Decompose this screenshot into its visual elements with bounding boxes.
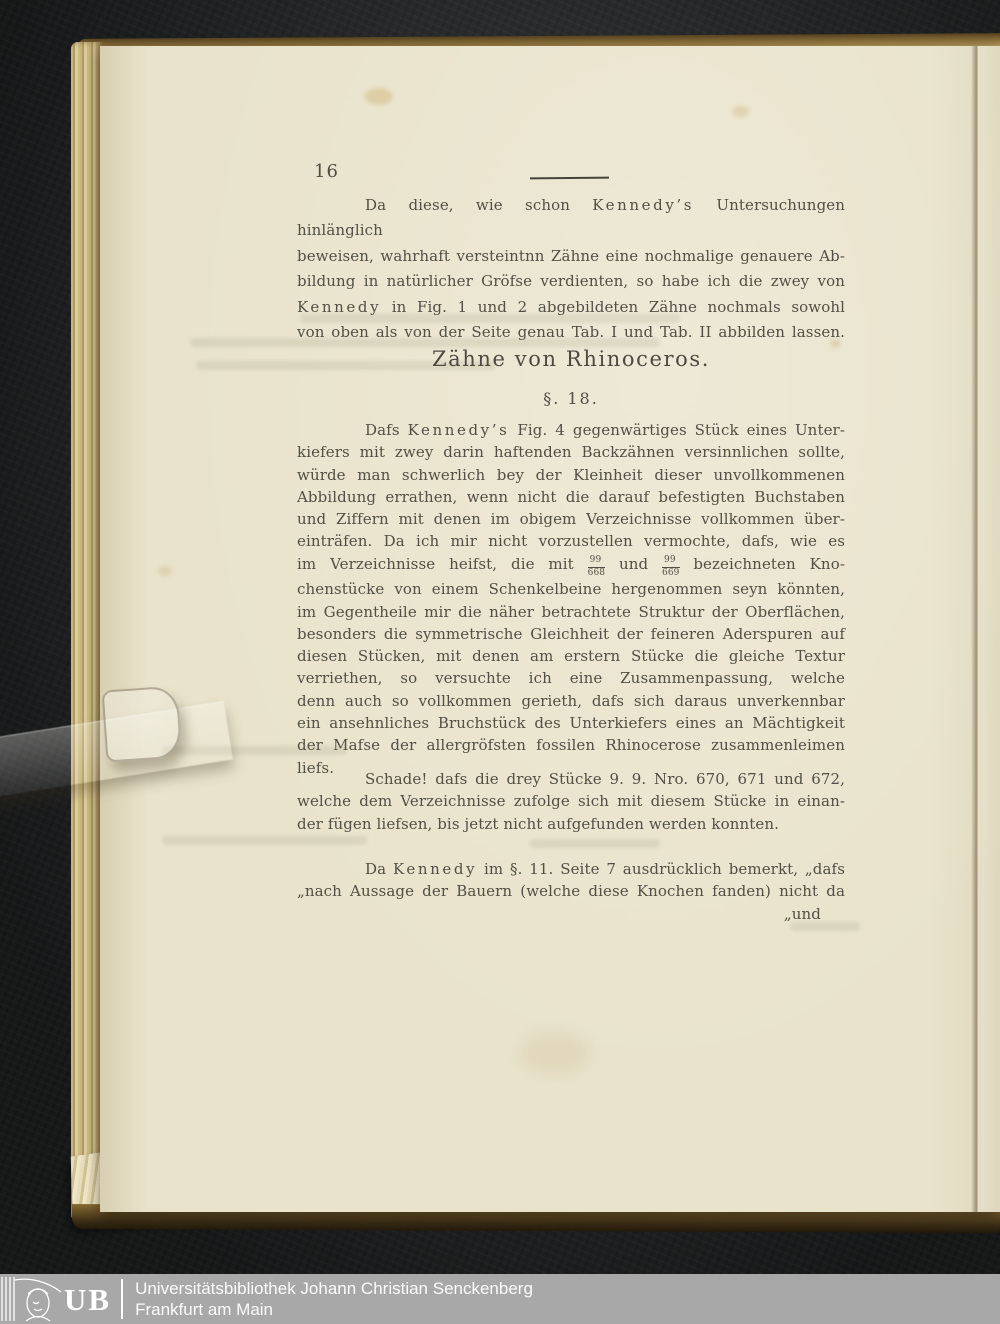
text-line: Abbildung errathen, wenn nicht die darau…: [297, 486, 845, 508]
text-line: verriethen, so versuchte ich eine Zusamm…: [297, 667, 845, 689]
catalog-fraction: 99669: [662, 556, 679, 578]
page-stain: [732, 106, 749, 117]
text-line: Kennedy in Fig. 1 und 2 abgebildeten Zäh…: [297, 295, 845, 320]
text-line: denn auch so vollkommen gerieth, dafs si…: [297, 690, 845, 712]
paragraph-4: Da Kennedy im §. 11. Seite 7 ausdrücklic…: [297, 858, 845, 925]
text-line: und Ziffern mit denen im obigem Verzeich…: [297, 508, 845, 530]
library-name: Universitätsbibliothek Johann Christian …: [135, 1278, 533, 1299]
ub-logo-artwork: [0, 1276, 62, 1322]
text-line: welche dem Verzeichnisse zufolge sich mi…: [297, 790, 845, 812]
page-stain: [158, 566, 172, 576]
page-number: 16: [314, 161, 339, 182]
text-line: Schade! dafs die drey Stücke 9. 9. Nro. …: [297, 768, 845, 790]
page-stain: [365, 88, 393, 105]
library-city: Frankfurt am Main: [135, 1299, 533, 1320]
text-line: von oben als von der Seite genau Tab. I …: [297, 320, 845, 345]
text-line: im Verzeichnisse heifst, die mit 99668 u…: [297, 553, 845, 578]
page-edges-left: [71, 42, 102, 1220]
paragraph-1: Da diese, wie schon Kennedy’s Untersuchu…: [297, 193, 845, 345]
catchword: „und: [297, 903, 845, 925]
text-line: beweisen, wahrhaft versteintnn Zähne ein…: [297, 244, 845, 269]
text-line: besonders die symmetrische Gleichheit de…: [297, 623, 845, 645]
ink-bleedthrough: [162, 836, 367, 845]
section-number: §. 18.: [297, 389, 845, 408]
chapter-heading: Zähne von Rhinoceros.: [297, 347, 845, 371]
text-line: der fügen liefsen, bis jetzt nicht aufge…: [297, 813, 845, 835]
library-footer-bar: UB Universitätsbibliothek Johann Christi…: [0, 1274, 1000, 1324]
text-line: einträfen. Da ich mir nicht vorzustellen…: [297, 530, 845, 552]
text-line: Da diese, wie schon Kennedy’s Untersuchu…: [297, 193, 845, 244]
ub-logo-text: UB: [64, 1284, 111, 1315]
section-rule: [530, 177, 609, 180]
ub-logo: UB: [0, 1274, 111, 1324]
book-scan-viewport: 16 Da diese, wie schon Kennedy’s Untersu…: [0, 0, 1000, 1324]
page-stain: [520, 1031, 590, 1075]
text-line: chenstücke von einem Schenkelbeine herge…: [297, 578, 845, 600]
paragraph-2: Dafs Kennedy’s Fig. 4 gegenwärtiges Stüc…: [297, 419, 845, 779]
gutter-crease: [971, 46, 981, 1212]
text-line: bildung in natürlicher Gröfse verdienten…: [297, 269, 845, 294]
book-page: 16 Da diese, wie schon Kennedy’s Untersu…: [100, 46, 1000, 1212]
catalog-fraction: 99668: [588, 556, 605, 578]
footer-divider: [121, 1279, 123, 1319]
library-identity: Universitätsbibliothek Johann Christian …: [135, 1278, 533, 1320]
ink-bleedthrough: [530, 839, 660, 848]
text-line: Dafs Kennedy’s Fig. 4 gegenwärtiges Stüc…: [297, 419, 845, 441]
text-line: würde man schwerlich bey der Kleinheit d…: [297, 464, 845, 486]
page-holder-clip: [102, 685, 183, 762]
gutter-page-strip: [981, 46, 1000, 1212]
text-line: ein ansehnliches Bruchstück des Unterkie…: [297, 712, 845, 734]
text-line: diesen Stücken, mit denen am erstern Stü…: [297, 645, 845, 667]
text-line: im Gegentheile mir die näher betrachtete…: [297, 601, 845, 623]
text-line: kiefers mit zwey darin haftenden Backzäh…: [297, 441, 845, 463]
paragraph-3: Schade! dafs die drey Stücke 9. 9. Nro. …: [297, 768, 845, 835]
text-line: „nach Aussage der Bauern (welche diese K…: [297, 880, 845, 902]
text-line: Da Kennedy im §. 11. Seite 7 ausdrücklic…: [297, 858, 845, 880]
